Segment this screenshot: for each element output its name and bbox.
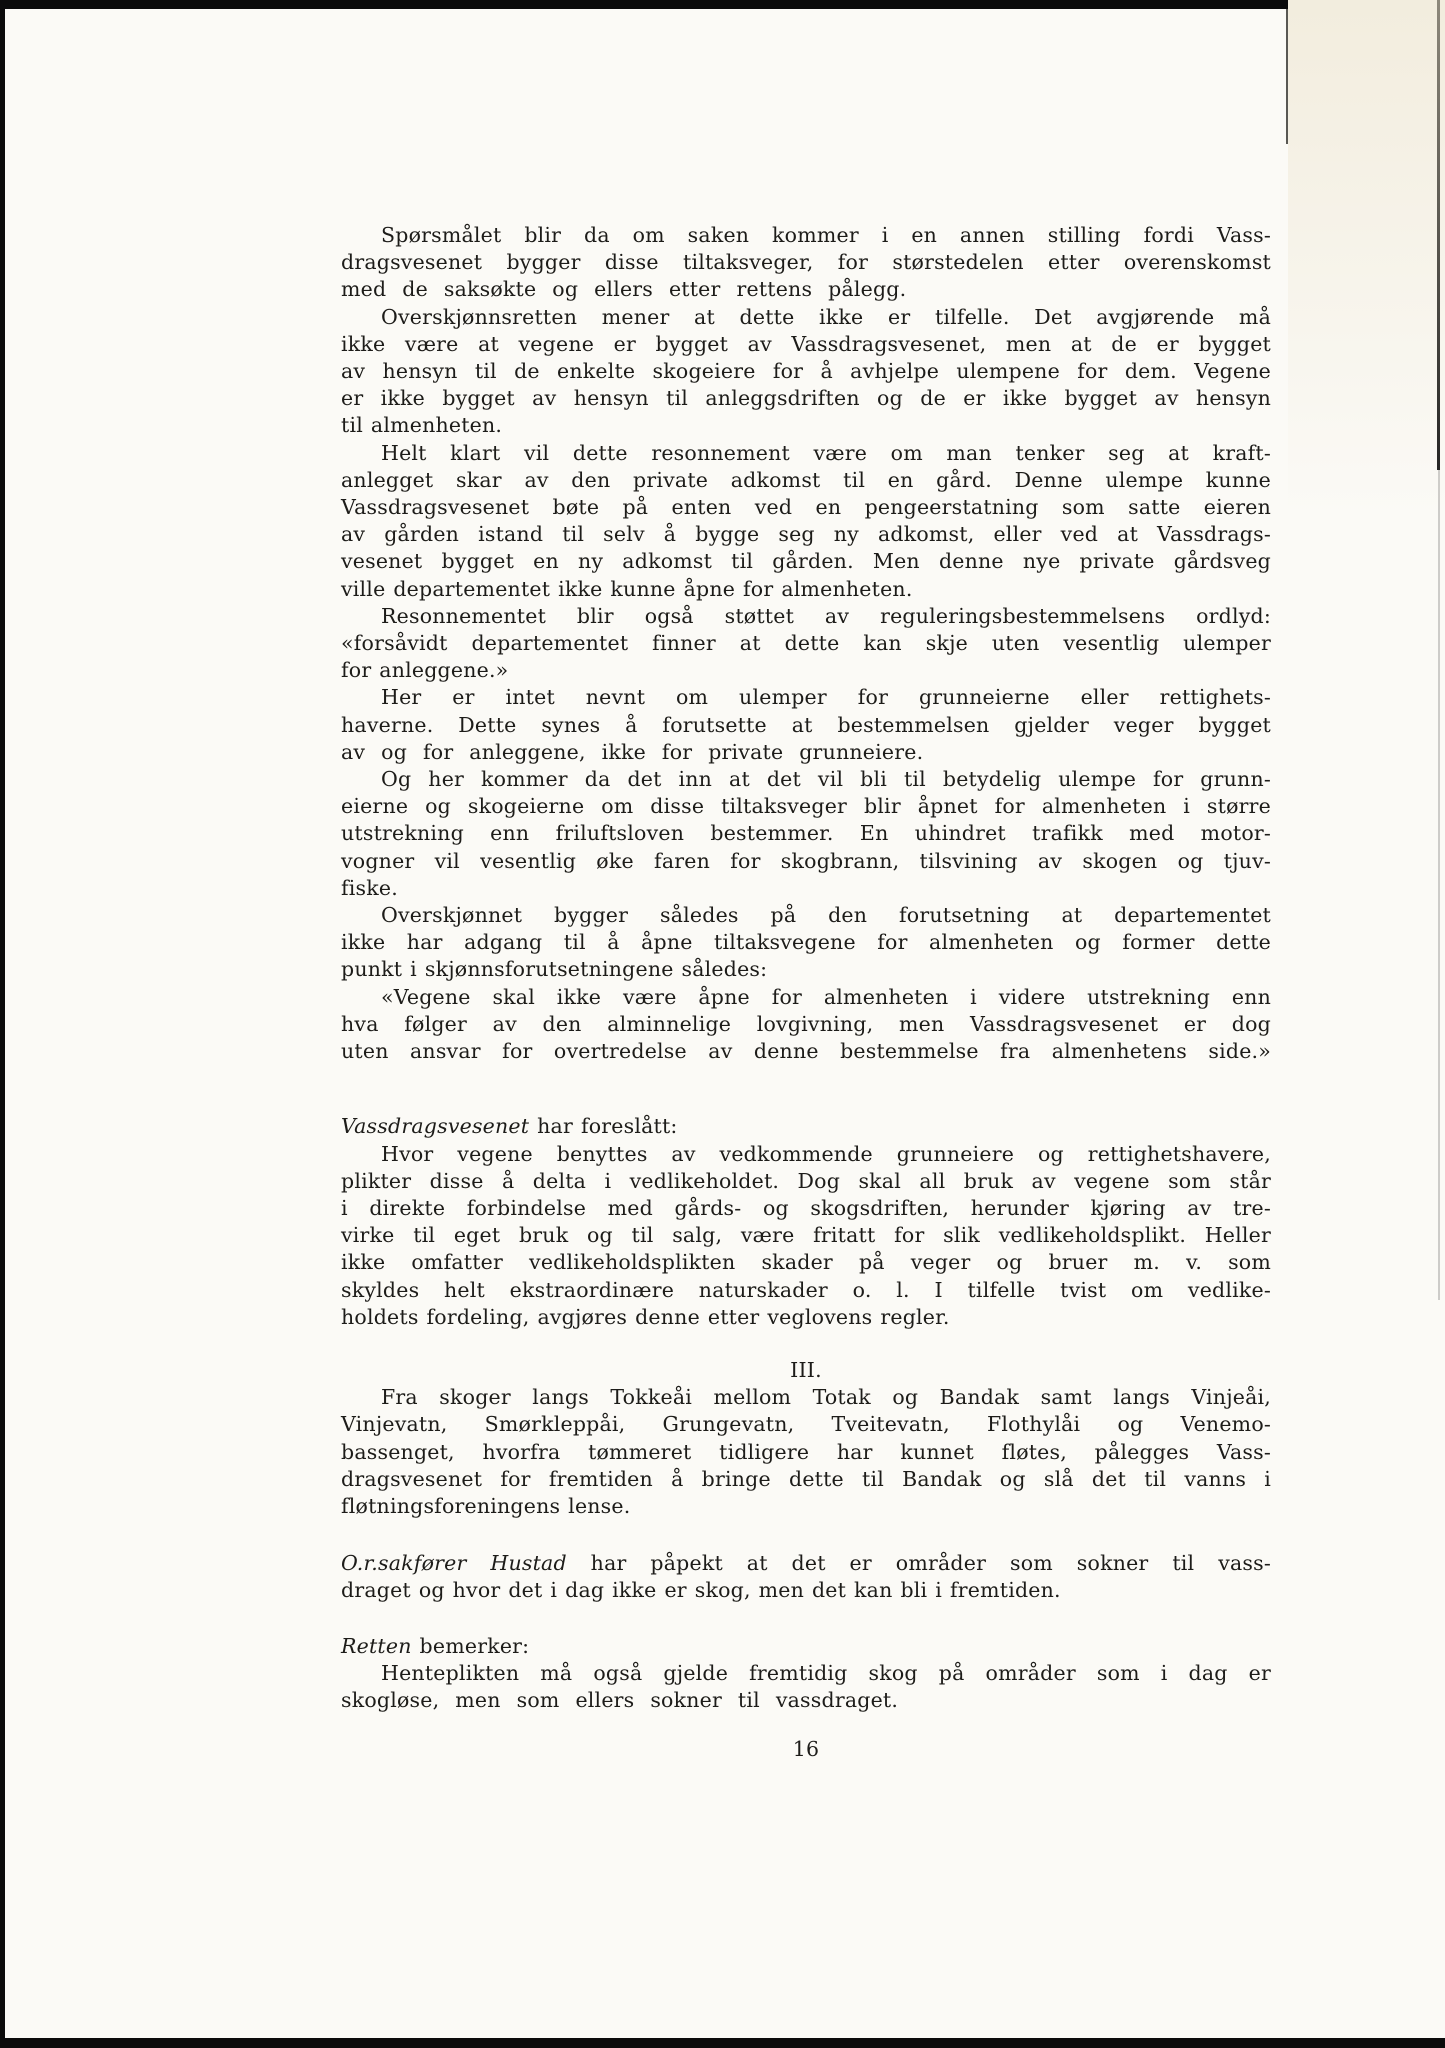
paragraph: O.r.sakfører Hustad har påpekt at det er… [341, 1550, 1271, 1604]
text-line: utstrekning enn friluftsloven bestemmer.… [341, 820, 1271, 847]
page-number-text: 16 [341, 1736, 1271, 1763]
section-heading: III. [341, 1357, 1271, 1384]
text-line: «Vegene skal ikke være åpne for almenhet… [341, 984, 1271, 1011]
text-line: hva følger av den alminnelige lovgivning… [341, 1011, 1271, 1038]
text-line: uten ansvar for overtredelse av denne be… [341, 1038, 1271, 1065]
paragraph: Helt klart vil dette resonnement være om… [341, 440, 1271, 603]
text-line: O.r.sakfører Hustad har påpekt at det er… [341, 1550, 1271, 1577]
text-line: haverne. Dette synes å forutsette at bes… [341, 712, 1271, 739]
text-line: av hensyn til de enkelte skogeiere for å… [341, 358, 1271, 385]
paragraph: Resonnementet blir også støttet av regul… [341, 603, 1271, 685]
text-line: skogløse, men som ellers sokner til vass… [341, 1687, 1271, 1714]
text-line: holdets fordeling, avgjøres denne etter … [341, 1304, 1271, 1331]
scan-edge-left [0, 0, 5, 2048]
text-line: punkt i skjønnsforutsetningene således: [341, 956, 1271, 983]
text-line: Retten bemerker: [341, 1633, 1271, 1660]
paragraph: Hvor vegene benyttes av vedkommende grun… [341, 1141, 1271, 1331]
text-line: ikke være at vegene er bygget av Vassdra… [341, 331, 1271, 358]
paragraph: Retten bemerker: [341, 1633, 1271, 1660]
text-line: Her er intet nevnt om ulemper for grunne… [341, 684, 1271, 711]
paragraph: Her er intet nevnt om ulemper for grunne… [341, 684, 1271, 766]
text-line: Fra skoger langs Tokkeåi mellom Totak og… [341, 1384, 1271, 1411]
text-line: fløtningsforeningens lense. [341, 1493, 1271, 1520]
text-line: Henteplikten må også gjelde fremtidig sk… [341, 1660, 1271, 1687]
text-line: «forsåvidt departementet finner at dette… [341, 630, 1271, 657]
scan-edge-top [0, 0, 1288, 9]
text-line: Spørsmålet blir da om saken kommer i en … [341, 222, 1271, 249]
text-line: i direkte forbindelse med gårds- og skog… [341, 1195, 1271, 1222]
text-line: til almenheten. [341, 412, 1271, 439]
text-line: eierne og skogeierne om disse tiltaksveg… [341, 793, 1271, 820]
text-line: plikter disse å delta i vedlikeholdet. D… [341, 1168, 1271, 1195]
text-line: Vassdragsvesenet bøte på enten ved en pe… [341, 494, 1271, 521]
page-corner-shading [1288, 0, 1445, 520]
paragraph: Og her kommer da det inn at det vil bli … [341, 766, 1271, 902]
text-line: vogner vil vesentlig øke faren for skogb… [341, 848, 1271, 875]
paragraph: Fra skoger langs Tokkeåi mellom Totak og… [341, 1384, 1271, 1520]
text-line: anlegget skar av den private adkomst til… [341, 467, 1271, 494]
text-block: Spørsmålet blir da om saken kommer i en … [341, 222, 1271, 1763]
text-line: Vinjevatn, Smørkleppåi, Grungevatn, Tvei… [341, 1411, 1271, 1438]
text-line: ikke har adgang til å åpne tiltaksvegene… [341, 929, 1271, 956]
text-line: av gården istand til selv å bygge seg ny… [341, 521, 1271, 548]
text-line: Helt klart vil dette resonnement være om… [341, 440, 1271, 467]
text-line: Overskjønnet bygger således på den forut… [341, 902, 1271, 929]
text-line: skyldes helt ekstraordinære naturskader … [341, 1277, 1271, 1304]
text-line: Hvor vegene benyttes av vedkommende grun… [341, 1141, 1271, 1168]
text-line: av og for anleggene, ikke for private gr… [341, 739, 1271, 766]
text-line: bassenget, hvorfra tømmeret tidligere ha… [341, 1439, 1271, 1466]
text-line: dragsvesenet bygger disse tiltaksveger, … [341, 249, 1271, 276]
text-line: er ikke bygget av hensyn til anleggsdrif… [341, 385, 1271, 412]
paragraph: «Vegene skal ikke være åpne for almenhet… [341, 984, 1271, 1066]
text-line: virke til eget bruk og til salg, være fr… [341, 1222, 1271, 1249]
text-line: Resonnementet blir også støttet av regul… [341, 603, 1271, 630]
paragraph: Overskjønnsretten mener at dette ikke er… [341, 304, 1271, 440]
paragraph: Spørsmålet blir da om saken kommer i en … [341, 222, 1271, 304]
text-line: Vassdragsvesenet har foreslått: [341, 1113, 1271, 1140]
text-line: dragsvesenet for fremtiden å bringe dett… [341, 1466, 1271, 1493]
paragraph: Overskjønnet bygger således på den forut… [341, 902, 1271, 984]
section-heading-text: III. [341, 1357, 1271, 1384]
paragraph: Henteplikten må også gjelde fremtidig sk… [341, 1660, 1271, 1714]
text-line: vesenet bygget en ny adkomst til gården.… [341, 548, 1271, 575]
paragraph: Vassdragsvesenet har foreslått: [341, 1113, 1271, 1140]
text-line: ikke omfatter vedlikeholdsplikten skader… [341, 1249, 1271, 1276]
text-line: draget og hvor det i dag ikke er skog, m… [341, 1577, 1271, 1604]
text-line: Og her kommer da det inn at det vil bli … [341, 766, 1271, 793]
text-line: ville departementet ikke kunne åpne for … [341, 576, 1271, 603]
text-line: med de saksøkte og ellers etter rettens … [341, 276, 1271, 303]
page-number: 16 [341, 1736, 1271, 1763]
text-line: for anleggene.» [341, 657, 1271, 684]
scanned-document-page: { "page": { "language": "no", "page_numb… [0, 0, 1445, 2048]
scan-edge-right-faint [1438, 470, 1440, 1300]
text-line: fiske. [341, 875, 1271, 902]
scan-edge-bottom [0, 2038, 1445, 2048]
text-line: Overskjønnsretten mener at dette ikke er… [341, 304, 1271, 331]
